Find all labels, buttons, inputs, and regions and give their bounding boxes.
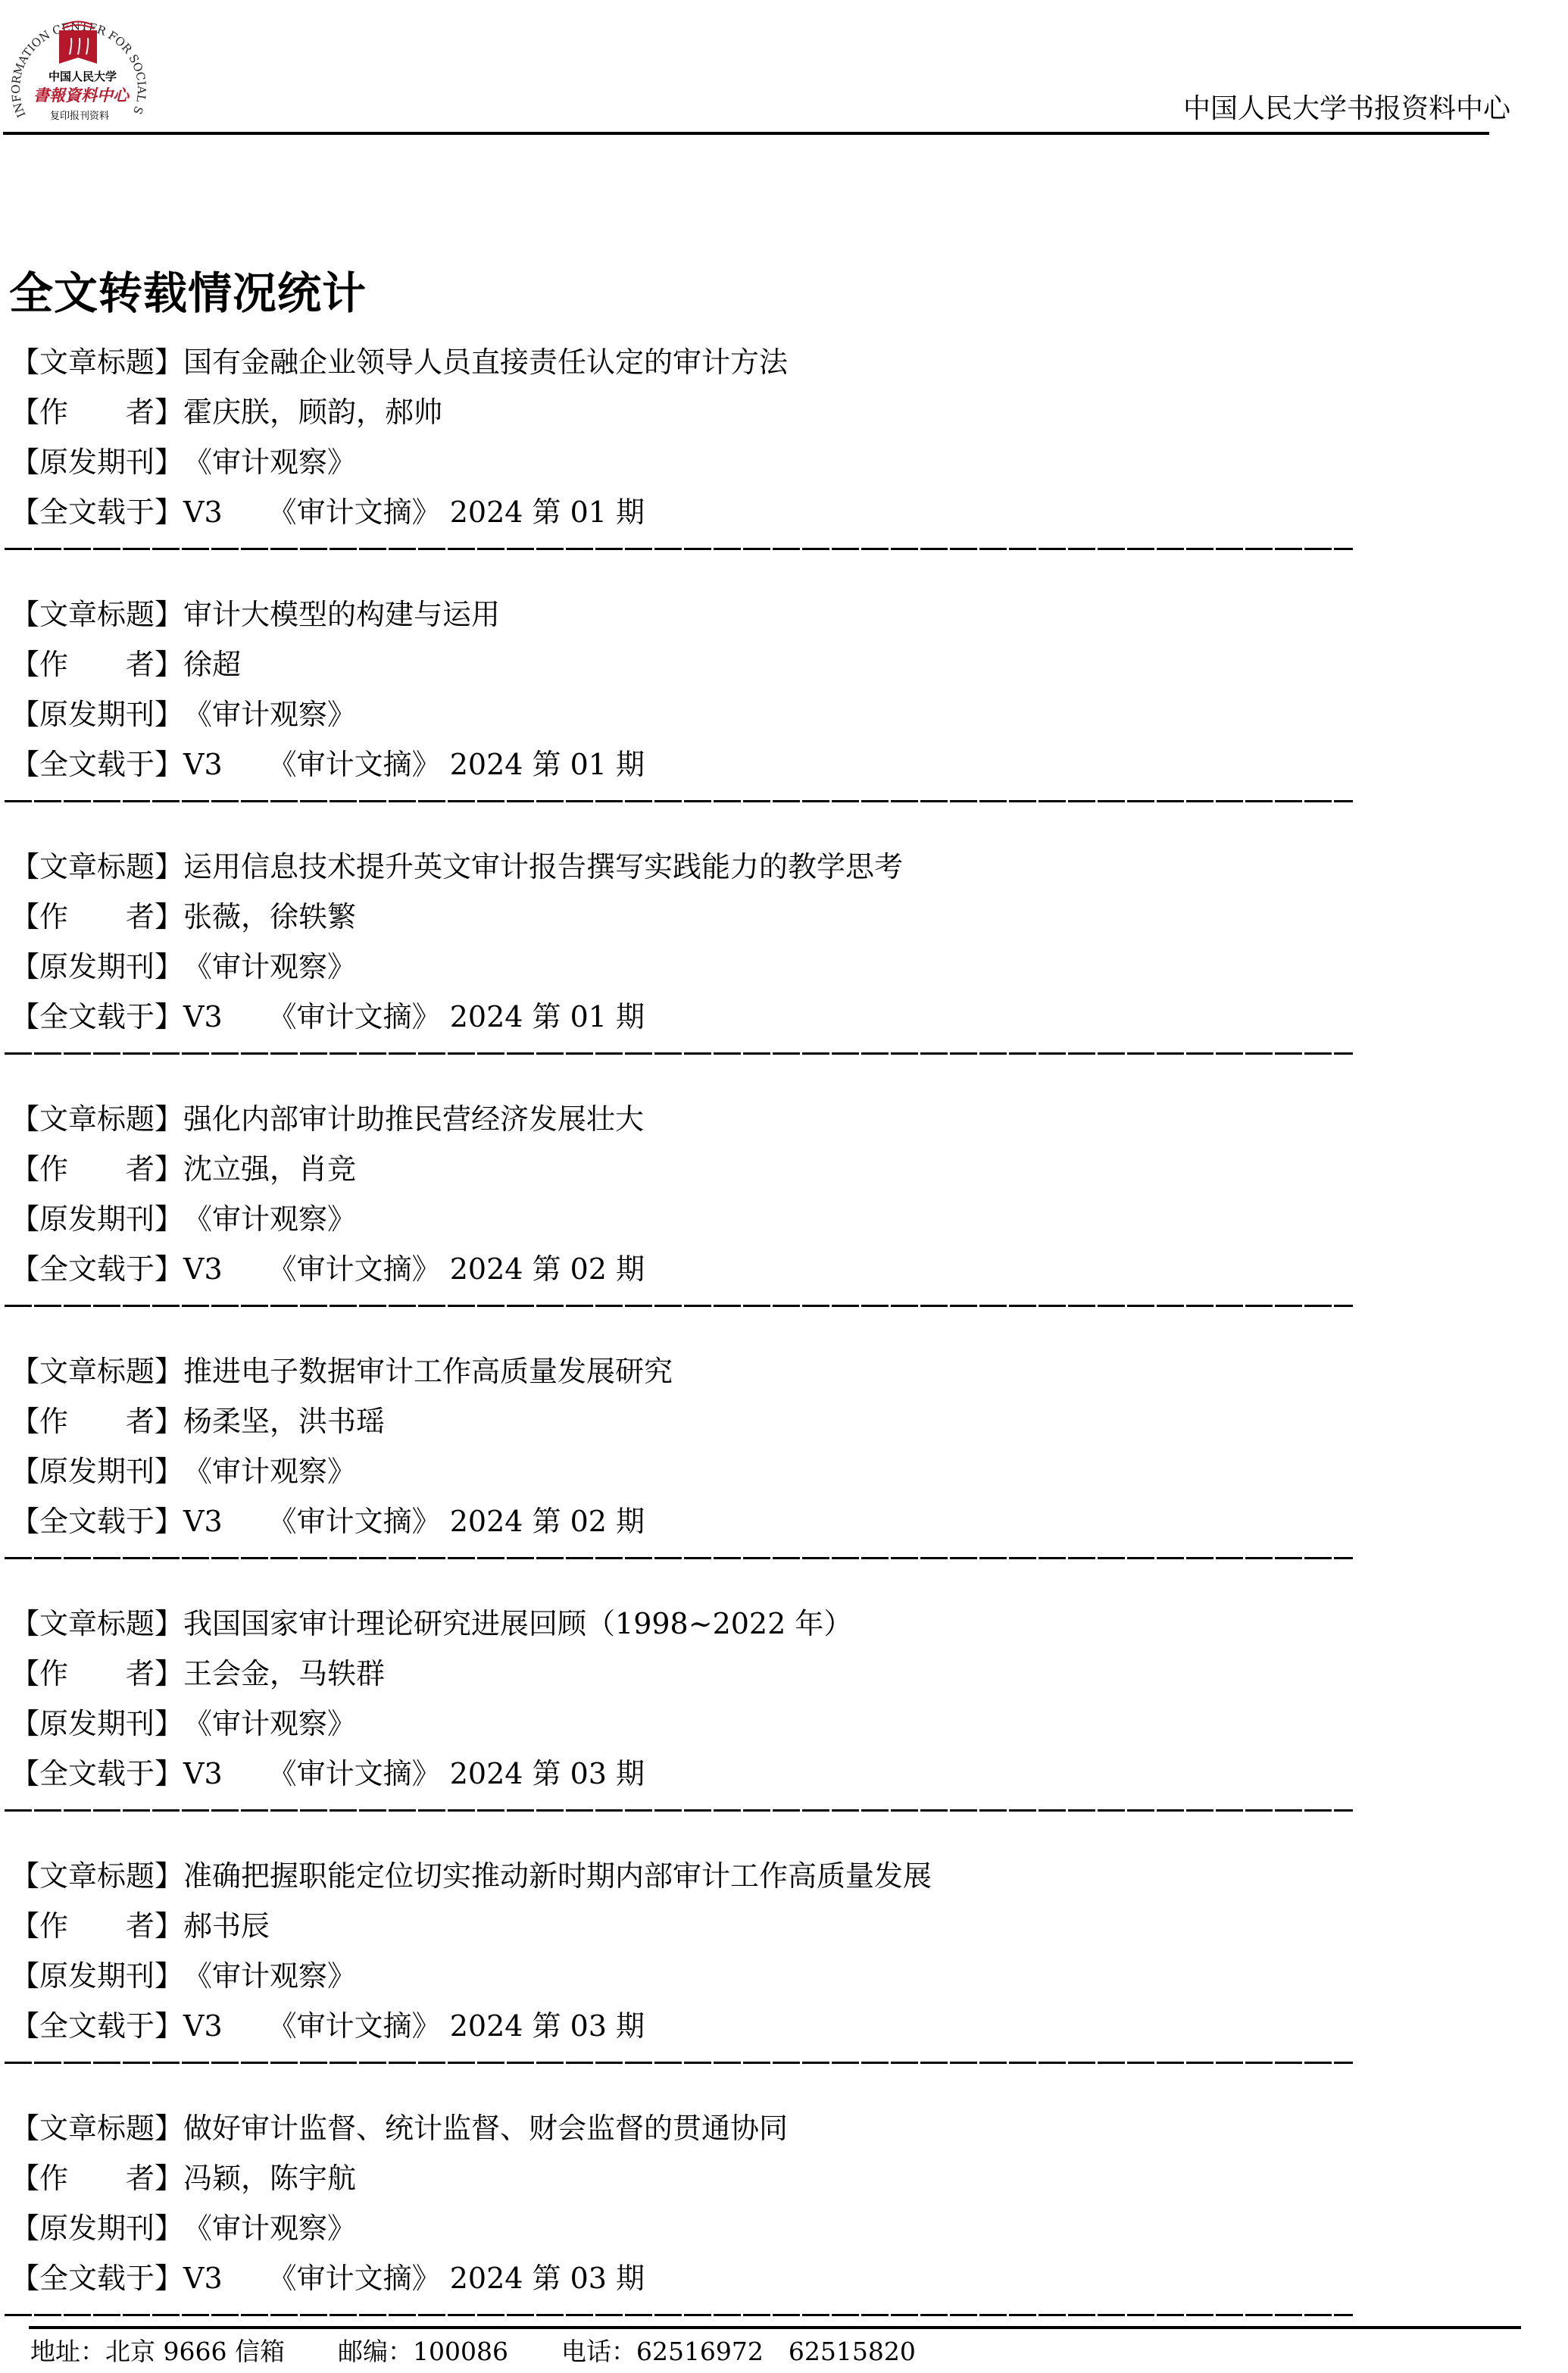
source-journal: 《审计观察》 xyxy=(183,950,356,983)
entry: 【文章标题】国有金融企业领导人员直接责任认定的审计方法 【作 者】霍庆朕，顾韵，… xyxy=(11,337,1374,589)
title-label: 【文章标题】 xyxy=(11,1851,183,1901)
entry-title-line: 【文章标题】国有金融企业领导人员直接责任认定的审计方法 xyxy=(11,337,1374,387)
entry-source-line: 【原发期刊】《审计观察》 xyxy=(11,689,1374,739)
reprint-journal: 《审计文摘》 xyxy=(268,1252,441,1286)
entry: 【文章标题】审计大模型的构建与运用 【作 者】徐超 【原发期刊】《审计观察》 【… xyxy=(11,589,1374,842)
reprint-label: 【全文载于】 xyxy=(11,487,183,537)
author-label: 【作 者】 xyxy=(11,2153,183,2203)
reprint-issue: 2024 第 03 期 xyxy=(450,2009,645,2043)
page-title: 全文转载情况统计 xyxy=(9,258,367,321)
footer-phone: 电话：62516972 62515820 xyxy=(561,2337,916,2366)
entry-title-line: 【文章标题】推进电子数据审计工作高质量发展研究 xyxy=(11,1346,1374,1396)
author-label: 【作 者】 xyxy=(11,387,183,437)
reprint-journal: 《审计文摘》 xyxy=(268,1000,441,1033)
entry-list: 【文章标题】国有金融企业领导人员直接责任认定的审计方法 【作 者】霍庆朕，顾韵，… xyxy=(11,337,1374,2356)
entry-separator xyxy=(5,548,1353,550)
entry: 【文章标题】运用信息技术提升英文审计报告撰写实践能力的教学思考 【作 者】张薇，… xyxy=(11,842,1374,1094)
reprint-journal: 《审计文摘》 xyxy=(268,1757,441,1790)
article-authors: 王会金，马轶群 xyxy=(183,1657,385,1690)
reprint-label: 【全文载于】 xyxy=(11,739,183,789)
author-label: 【作 者】 xyxy=(11,1901,183,1951)
entry-author-line: 【作 者】霍庆朕，顾韵，郝帅 xyxy=(11,387,1374,437)
entry-separator xyxy=(5,1052,1353,1055)
reprint-code: V3 xyxy=(183,1252,223,1286)
source-label: 【原发期刊】 xyxy=(11,1699,183,1749)
entry-source-line: 【原发期刊】《审计观察》 xyxy=(11,1951,1374,2001)
source-journal: 《审计观察》 xyxy=(183,1959,356,1993)
entry-separator xyxy=(5,800,1353,802)
header-organization: 中国人民大学书报资料中心 xyxy=(1183,94,1510,124)
entry-reprint-line: 【全文载于】V3《审计文摘》 2024 第 03 期 xyxy=(11,2001,1374,2051)
entry-separator xyxy=(5,1305,1353,1307)
entry-separator xyxy=(5,2314,1353,2316)
reprint-code: V3 xyxy=(183,748,223,781)
logo-line2: 書報資料中心 xyxy=(33,83,129,106)
organization-logo: INFORMATION CENTER FOR SOCIAL SCIENCES, … xyxy=(5,2,148,130)
source-journal: 《审计观察》 xyxy=(183,1707,356,1740)
reprint-issue: 2024 第 02 期 xyxy=(450,1505,645,1538)
entry-separator xyxy=(5,1809,1353,1812)
reprint-label: 【全文载于】 xyxy=(11,1496,183,1546)
entry-source-line: 【原发期刊】《审计观察》 xyxy=(11,942,1374,992)
entry: 【文章标题】做好审计监督、统计监督、财会监督的贯通协同 【作 者】冯颖，陈宇航 … xyxy=(11,2103,1374,2356)
entry-reprint-line: 【全文载于】V3《审计文摘》 2024 第 03 期 xyxy=(11,2253,1374,2303)
reprint-issue: 2024 第 01 期 xyxy=(450,1000,645,1033)
entry-source-line: 【原发期刊】《审计观察》 xyxy=(11,437,1374,487)
entry-reprint-line: 【全文载于】V3《审计文摘》 2024 第 01 期 xyxy=(11,739,1374,789)
footer: 地址：北京 9666 信箱邮编：100086电话：62516972 625158… xyxy=(30,2335,969,2368)
entry-source-line: 【原发期刊】《审计观察》 xyxy=(11,1699,1374,1749)
logo-line3: 复印报刊资料 xyxy=(50,108,109,122)
reprint-code: V3 xyxy=(183,496,223,529)
footer-address: 地址：北京 9666 信箱 xyxy=(30,2337,285,2366)
source-label: 【原发期刊】 xyxy=(11,1951,183,2001)
entry-source-line: 【原发期刊】《审计观察》 xyxy=(11,2203,1374,2253)
reprint-issue: 2024 第 01 期 xyxy=(450,748,645,781)
entry-source-line: 【原发期刊】《审计观察》 xyxy=(11,1194,1374,1244)
source-label: 【原发期刊】 xyxy=(11,942,183,992)
article-title: 运用信息技术提升英文审计报告撰写实践能力的教学思考 xyxy=(183,850,903,883)
entry: 【文章标题】我国国家审计理论研究进展回顾（1998~2022 年） 【作 者】王… xyxy=(11,1599,1374,1851)
article-authors: 沈立强，肖竞 xyxy=(183,1152,356,1186)
article-title: 推进电子数据审计工作高质量发展研究 xyxy=(183,1355,673,1388)
entry-reprint-line: 【全文载于】V3《审计文摘》 2024 第 01 期 xyxy=(11,487,1374,537)
article-title: 我国国家审计理论研究进展回顾（1998~2022 年） xyxy=(183,1607,852,1640)
entry-title-line: 【文章标题】强化内部审计助推民营经济发展壮大 xyxy=(11,1094,1374,1144)
article-title: 做好审计监督、统计监督、财会监督的贯通协同 xyxy=(183,2112,788,2145)
title-label: 【文章标题】 xyxy=(11,2103,183,2153)
reprint-code: V3 xyxy=(183,1505,223,1538)
reprint-journal: 《审计文摘》 xyxy=(268,2009,441,2043)
reprint-journal: 《审计文摘》 xyxy=(268,2262,441,2295)
article-authors: 杨柔坚，洪书瑶 xyxy=(183,1405,385,1438)
entry: 【文章标题】推进电子数据审计工作高质量发展研究 【作 者】杨柔坚，洪书瑶 【原发… xyxy=(11,1346,1374,1599)
reprint-journal: 《审计文摘》 xyxy=(268,1505,441,1538)
article-authors: 郝书辰 xyxy=(183,1909,270,1943)
reprint-journal: 《审计文摘》 xyxy=(268,748,441,781)
reprint-issue: 2024 第 01 期 xyxy=(450,496,645,529)
logo-line1: 中国人民大学 xyxy=(48,68,117,84)
author-label: 【作 者】 xyxy=(11,892,183,942)
source-journal: 《审计观察》 xyxy=(183,2212,356,2245)
author-label: 【作 者】 xyxy=(11,1144,183,1194)
entry-reprint-line: 【全文载于】V3《审计文摘》 2024 第 02 期 xyxy=(11,1244,1374,1294)
source-label: 【原发期刊】 xyxy=(11,689,183,739)
entry-title-line: 【文章标题】审计大模型的构建与运用 xyxy=(11,589,1374,639)
article-title: 国有金融企业领导人员直接责任认定的审计方法 xyxy=(183,345,788,379)
entry-author-line: 【作 者】徐超 xyxy=(11,639,1374,689)
author-label: 【作 者】 xyxy=(11,1396,183,1446)
entry-title-line: 【文章标题】做好审计监督、统计监督、财会监督的贯通协同 xyxy=(11,2103,1374,2153)
title-label: 【文章标题】 xyxy=(11,842,183,892)
reprint-label: 【全文载于】 xyxy=(11,1749,183,1799)
entry-author-line: 【作 者】王会金，马轶群 xyxy=(11,1649,1374,1699)
source-label: 【原发期刊】 xyxy=(11,437,183,487)
title-label: 【文章标题】 xyxy=(11,1346,183,1396)
reprint-label: 【全文载于】 xyxy=(11,1244,183,1294)
reprint-code: V3 xyxy=(183,2262,223,2295)
reprint-label: 【全文载于】 xyxy=(11,2001,183,2051)
entry-source-line: 【原发期刊】《审计观察》 xyxy=(11,1446,1374,1496)
source-journal: 《审计观察》 xyxy=(183,1202,356,1236)
title-label: 【文章标题】 xyxy=(11,1094,183,1144)
reprint-issue: 2024 第 03 期 xyxy=(450,2262,645,2295)
reprint-issue: 2024 第 03 期 xyxy=(450,1757,645,1790)
entry-title-line: 【文章标题】我国国家审计理论研究进展回顾（1998~2022 年） xyxy=(11,1599,1374,1649)
reprint-issue: 2024 第 02 期 xyxy=(450,1252,645,1286)
entry-author-line: 【作 者】杨柔坚，洪书瑶 xyxy=(11,1396,1374,1446)
entry-title-line: 【文章标题】运用信息技术提升英文审计报告撰写实践能力的教学思考 xyxy=(11,842,1374,892)
article-authors: 徐超 xyxy=(183,648,241,681)
article-title: 审计大模型的构建与运用 xyxy=(183,598,500,631)
entry-separator xyxy=(5,1557,1353,1559)
article-authors: 霍庆朕，顾韵，郝帅 xyxy=(183,395,442,429)
footer-postcode: 邮编：100086 xyxy=(338,2337,508,2366)
reprint-code: V3 xyxy=(183,2009,223,2043)
source-label: 【原发期刊】 xyxy=(11,2203,183,2253)
entry-author-line: 【作 者】冯颖，陈宇航 xyxy=(11,2153,1374,2203)
reprint-label: 【全文载于】 xyxy=(11,992,183,1042)
author-label: 【作 者】 xyxy=(11,639,183,689)
title-label: 【文章标题】 xyxy=(11,337,183,387)
reprint-code: V3 xyxy=(183,1757,223,1790)
entry: 【文章标题】强化内部审计助推民营经济发展壮大 【作 者】沈立强，肖竞 【原发期刊… xyxy=(11,1094,1374,1346)
source-journal: 《审计观察》 xyxy=(183,446,356,479)
source-label: 【原发期刊】 xyxy=(11,1446,183,1496)
reprint-code: V3 xyxy=(183,1000,223,1033)
reprint-journal: 《审计文摘》 xyxy=(268,496,441,529)
title-label: 【文章标题】 xyxy=(11,1599,183,1649)
article-authors: 张薇，徐轶繁 xyxy=(183,900,356,933)
article-title: 强化内部审计助推民营经济发展壮大 xyxy=(183,1102,644,1136)
entry-author-line: 【作 者】张薇，徐轶繁 xyxy=(11,892,1374,942)
source-journal: 《审计观察》 xyxy=(183,698,356,731)
title-label: 【文章标题】 xyxy=(11,589,183,639)
source-journal: 《审计观察》 xyxy=(183,1455,356,1488)
entry-author-line: 【作 者】郝书辰 xyxy=(11,1901,1374,1951)
article-title: 准确把握职能定位切实推动新时期内部审计工作高质量发展 xyxy=(183,1859,932,1893)
entry-reprint-line: 【全文载于】V3《审计文摘》 2024 第 03 期 xyxy=(11,1749,1374,1799)
header-divider xyxy=(3,132,1489,135)
reprint-label: 【全文载于】 xyxy=(11,2253,183,2303)
entry-reprint-line: 【全文载于】V3《审计文摘》 2024 第 02 期 xyxy=(11,1496,1374,1546)
entry: 【文章标题】准确把握职能定位切实推动新时期内部审计工作高质量发展 【作 者】郝书… xyxy=(11,1851,1374,2103)
entry-title-line: 【文章标题】准确把握职能定位切实推动新时期内部审计工作高质量发展 xyxy=(11,1851,1374,1901)
footer-divider xyxy=(29,2326,1521,2329)
author-label: 【作 者】 xyxy=(11,1649,183,1699)
entry-reprint-line: 【全文载于】V3《审计文摘》 2024 第 01 期 xyxy=(11,992,1374,1042)
entry-separator xyxy=(5,2062,1353,2064)
article-authors: 冯颖，陈宇航 xyxy=(183,2162,356,2195)
entry-author-line: 【作 者】沈立强，肖竞 xyxy=(11,1144,1374,1194)
source-label: 【原发期刊】 xyxy=(11,1194,183,1244)
